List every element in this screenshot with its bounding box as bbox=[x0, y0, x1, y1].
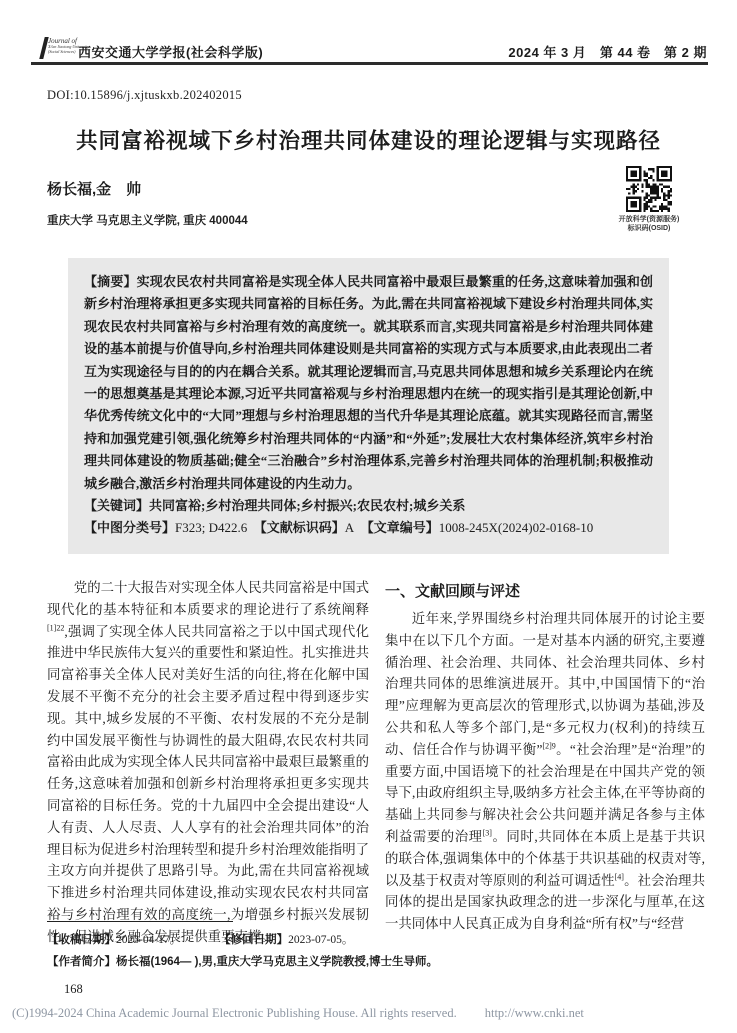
section-text: 近年来,学界围绕乡村治理共同体展开的讨论主要集中在以下几个方面。一是对基本内涵的… bbox=[385, 611, 705, 757]
cnki-url: http://www.cnki.net bbox=[485, 1006, 584, 1020]
osid-caption: 开放科学(资源服务) 标识码(OSID) bbox=[606, 215, 692, 233]
footnote-divider bbox=[47, 921, 233, 922]
revised-date: 2023-07-05。 bbox=[288, 934, 353, 946]
article-id-value: 1008-245X(2024)02-0168-10 bbox=[439, 520, 594, 535]
keywords-label: 【关键词】 bbox=[84, 498, 149, 513]
author-bio-line: 【作者简介】杨长福(1964— ),男,重庆大学马克思主义学院教授,博士生导师。 bbox=[47, 951, 692, 973]
footnotes: 【收稿日期】2023-04-17。【修回日期】2023-07-05。 【作者简介… bbox=[47, 929, 692, 973]
journal-logo-icon: Journal of Xi'an Jiaotong University (So… bbox=[39, 37, 75, 61]
intro-text: ,强调了实现全体人民共同富裕之于以中国式现代化推进中华民族伟大复兴的重要性和紧迫… bbox=[47, 624, 369, 944]
section-paragraph: 近年来,学界围绕乡村治理共同体展开的讨论主要集中在以下几个方面。一是对基本内涵的… bbox=[385, 608, 705, 935]
abstract-box: 【摘要】实现农民农村共同富裕是实现全体人民共同富裕中最艰巨最繁重的任务,这意味着… bbox=[68, 258, 669, 554]
osid-caption-line: 标识码(OSID) bbox=[606, 224, 692, 233]
abstract-text: 实现农民农村共同富裕是实现全体人民共同富裕中最艰巨最繁重的任务,这意味着加强和创… bbox=[84, 274, 653, 491]
doi: DOI:10.15896/j.xjtuskxb.202402015 bbox=[47, 88, 242, 103]
citation-marker: [3] bbox=[483, 829, 492, 838]
page-number: 168 bbox=[64, 982, 83, 997]
keywords-text: 共同富裕;乡村治理共同体;乡村振兴;农民农村;城乡关系 bbox=[149, 498, 465, 513]
clc-label: 【中图分类号】 bbox=[84, 520, 175, 535]
body-column-left: 党的二十大报告对实现全体人民共同富裕是中国式现代化的基本特征和本质要求的理论进行… bbox=[47, 577, 369, 948]
abstract-label: 【摘要】 bbox=[84, 274, 137, 289]
revised-label: 【修回日期】 bbox=[219, 934, 288, 946]
journal-page: Journal of Xi'an Jiaotong University (So… bbox=[0, 0, 737, 1033]
affiliation: 重庆大学 马克思主义学院, 重庆 400044 bbox=[47, 212, 248, 228]
received-label: 【收稿日期】 bbox=[47, 934, 116, 946]
issue-info: 2024 年 3 月 第 44 卷 第 2 期 bbox=[508, 42, 707, 61]
intro-paragraph: 党的二十大报告对实现全体人民共同富裕是中国式现代化的基本特征和本质要求的理论进行… bbox=[47, 577, 369, 948]
doc-code-value: A bbox=[345, 520, 354, 535]
classification-line: 【中图分类号】F323; D422.6 【文献标识码】A 【文章编号】1008-… bbox=[84, 517, 653, 539]
article-id-label: 【文章编号】 bbox=[367, 520, 439, 535]
bio-label: 【作者简介】 bbox=[47, 956, 116, 968]
received-date: 2023-04-17。 bbox=[116, 934, 181, 946]
journal-name: 西安交通大学学报(社会科学版) bbox=[78, 42, 263, 61]
section-heading: 一、文献回顾与评述 bbox=[385, 580, 705, 601]
citation-marker: [1]22 bbox=[47, 623, 64, 632]
copyright-line: (C)1994-2024 China Academic Journal Elec… bbox=[12, 1006, 725, 1021]
citation-marker: [4] bbox=[615, 872, 624, 881]
osid-caption-line: 开放科学(资源服务) bbox=[606, 215, 692, 224]
citation-marker: [2]9 bbox=[542, 741, 555, 750]
journal-header: Journal of Xi'an Jiaotong University (So… bbox=[47, 40, 707, 62]
bio-text: 杨长福(1964— ),男,重庆大学马克思主义学院教授,博士生导师。 bbox=[116, 956, 438, 968]
doc-code-label: 【文献标识码】 bbox=[260, 520, 345, 535]
article-title: 共同富裕视域下乡村治理共同体建设的理论逻辑与实现路径 bbox=[0, 124, 737, 155]
intro-text: 党的二十大报告对实现全体人民共同富裕是中国式现代化的基本特征和本质要求的理论进行… bbox=[47, 580, 369, 617]
abstract-paragraph: 【摘要】实现农民农村共同富裕是实现全体人民共同富裕中最艰巨最繁重的任务,这意味着… bbox=[84, 271, 653, 495]
clc-value: F323; D422.6 bbox=[175, 520, 247, 535]
osid-block: 开放科学(资源服务) 标识码(OSID) bbox=[606, 166, 692, 233]
header-divider bbox=[31, 62, 708, 65]
authors: 杨长福,金 帅 bbox=[47, 178, 141, 199]
dates-line: 【收稿日期】2023-04-17。【修回日期】2023-07-05。 bbox=[47, 929, 692, 951]
keywords-line: 【关键词】共同富裕;乡村治理共同体;乡村振兴;农民农村;城乡关系 bbox=[84, 495, 653, 517]
copyright-text: (C)1994-2024 China Academic Journal Elec… bbox=[12, 1006, 457, 1020]
body-column-right: 一、文献回顾与评述 近年来,学界围绕乡村治理共同体展开的讨论主要集中在以下几个方… bbox=[385, 577, 705, 935]
qr-code-icon bbox=[626, 166, 672, 212]
